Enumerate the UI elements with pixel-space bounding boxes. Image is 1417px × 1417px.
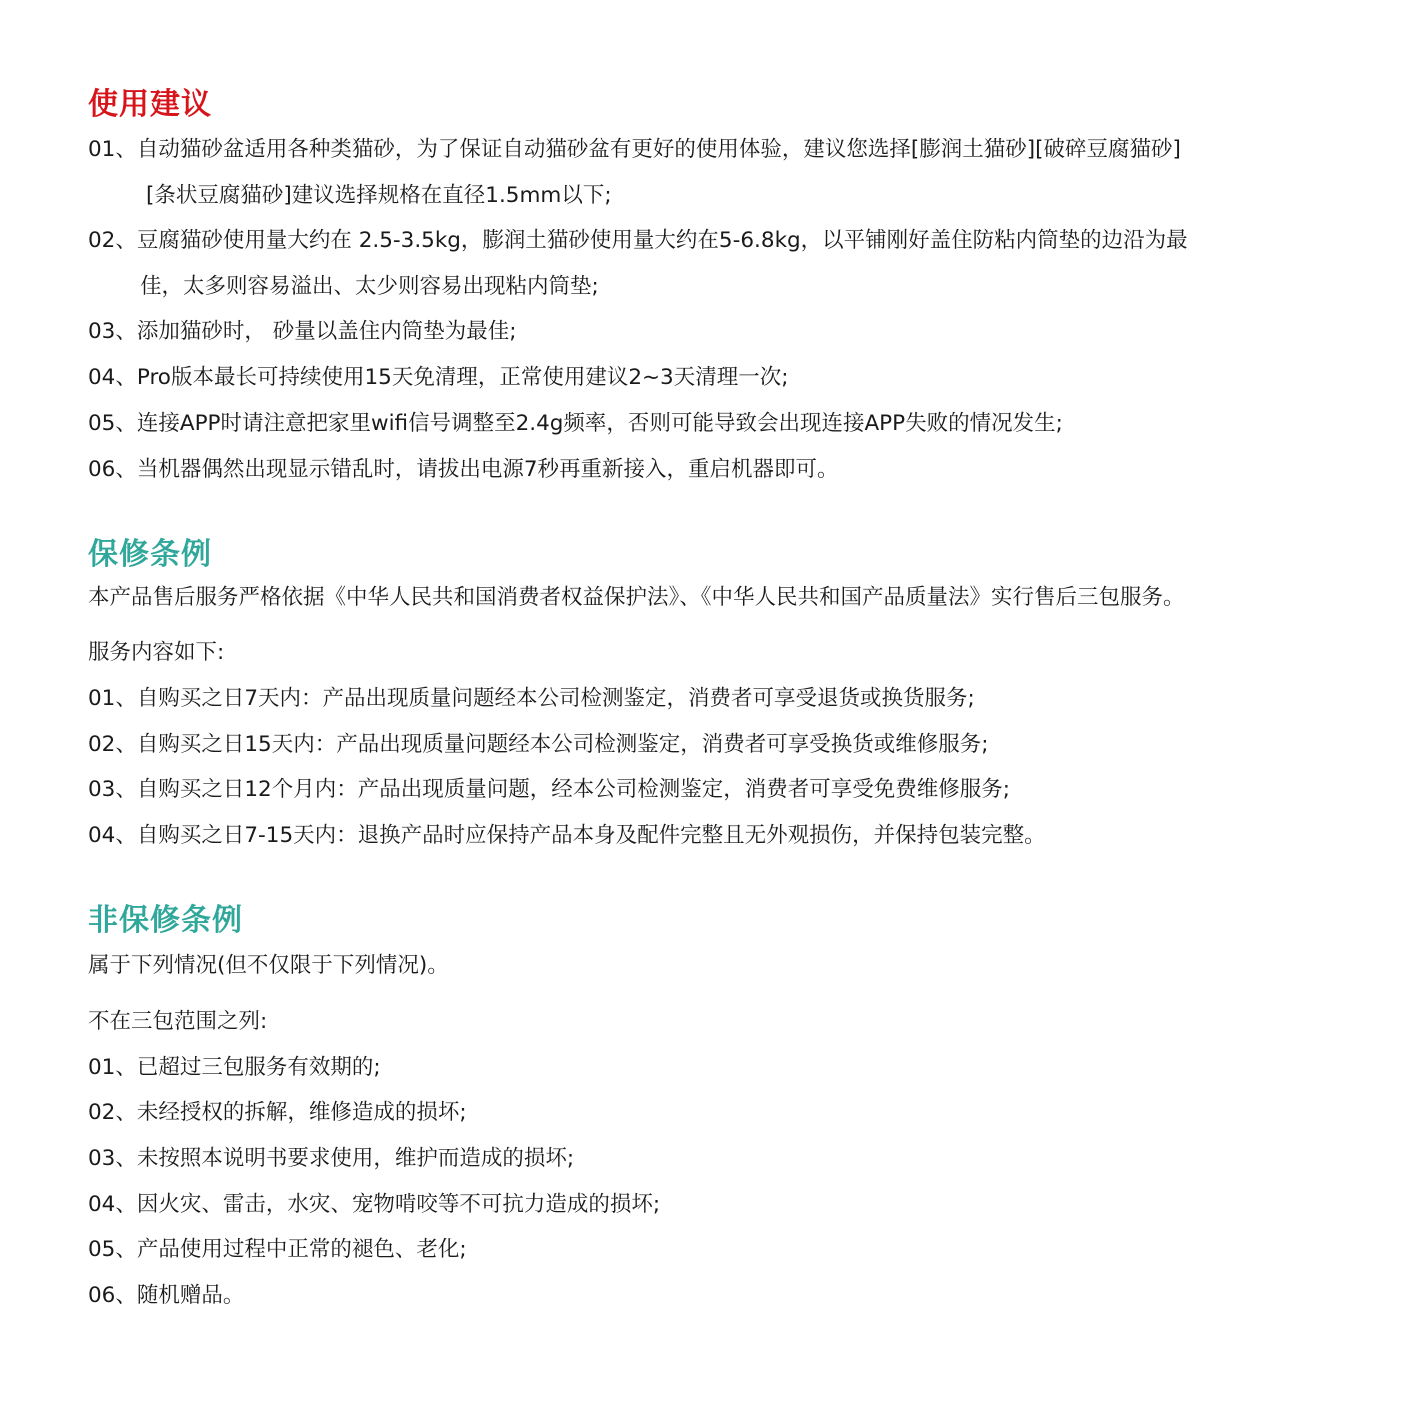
non-warranty-item-6: 06、随机赠品。 <box>88 1281 244 1311</box>
usage-item-1-line1: 01、自动猫砂盆适用各种类猫砂，为了保证自动猫砂盆有更好的使用体验，建议您选择[… <box>88 135 1181 165</box>
non-warranty-item-1: 01、已超过三包服务有效期的; <box>88 1053 381 1083</box>
warranty-item-3: 03、自购买之日12个月内：产品出现质量问题，经本公司检测鉴定，消费者可享受免费… <box>88 775 1010 805</box>
warranty-item-4: 04、自购买之日7-15天内：退换产品时应保持产品本身及配件完整且无外观损伤，并… <box>88 821 1046 851</box>
usage-item-4: 04、Pro版本最长可持续使用15天免清理，正常使用建议2~3天清理一次; <box>88 363 788 393</box>
usage-item-2-line2: 佳，太多则容易溢出、太少则容易出现粘内筒垫; <box>140 272 599 302</box>
non-warranty-item-5: 05、产品使用过程中正常的褪色、老化; <box>88 1235 467 1265</box>
warranty-item-1: 01、自购买之日7天内：产品出现质量问题经本公司检测鉴定，消费者可享受退货或换货… <box>88 684 975 714</box>
non-warranty-item-2: 02、未经授权的拆解，维修造成的损坏; <box>88 1098 467 1128</box>
non-warranty-heading: 非保修条例 <box>88 903 243 939</box>
warranty-subtitle: 服务内容如下: <box>88 638 224 668</box>
usage-item-3: 03、添加猫砂时， 砂量以盖住内筒垫为最佳; <box>88 317 516 347</box>
non-warranty-item-3: 03、未按照本说明书要求使用，维护而造成的损坏; <box>88 1144 574 1174</box>
warranty-heading: 保修条例 <box>88 537 212 573</box>
non-warranty-intro: 属于下列情况(但不仅限于下列情况)。 <box>88 951 449 981</box>
non-warranty-item-4: 04、因火灾、雷击，水灾、宠物啃咬等不可抗力造成的损坏; <box>88 1190 660 1220</box>
warranty-item-2: 02、自购买之日15天内：产品出现质量问题经本公司检测鉴定，消费者可享受换货或维… <box>88 730 988 760</box>
non-warranty-subtitle: 不在三包范围之列: <box>88 1007 267 1037</box>
usage-item-2-line1: 02、豆腐猫砂使用量大约在 2.5-3.5kg，膨润土猫砂使用量大约在5-6.8… <box>88 226 1188 256</box>
usage-item-6: 06、当机器偶然出现显示错乱时，请拔出电源7秒再重新接入，重启机器即可。 <box>88 455 839 485</box>
usage-item-1-line2: [条状豆腐猫砂]建议选择规格在直径1.5mm以下; <box>146 181 612 211</box>
usage-heading: 使用建议 <box>88 87 212 123</box>
usage-item-5: 05、连接APP时请注意把家里wifi信号调整至2.4g频率，否则可能导致会出现… <box>88 409 1063 439</box>
warranty-intro: 本产品售后服务严格依据《中华人民共和国消费者权益保护法》、《中华人民共和国产品质… <box>88 583 1185 613</box>
